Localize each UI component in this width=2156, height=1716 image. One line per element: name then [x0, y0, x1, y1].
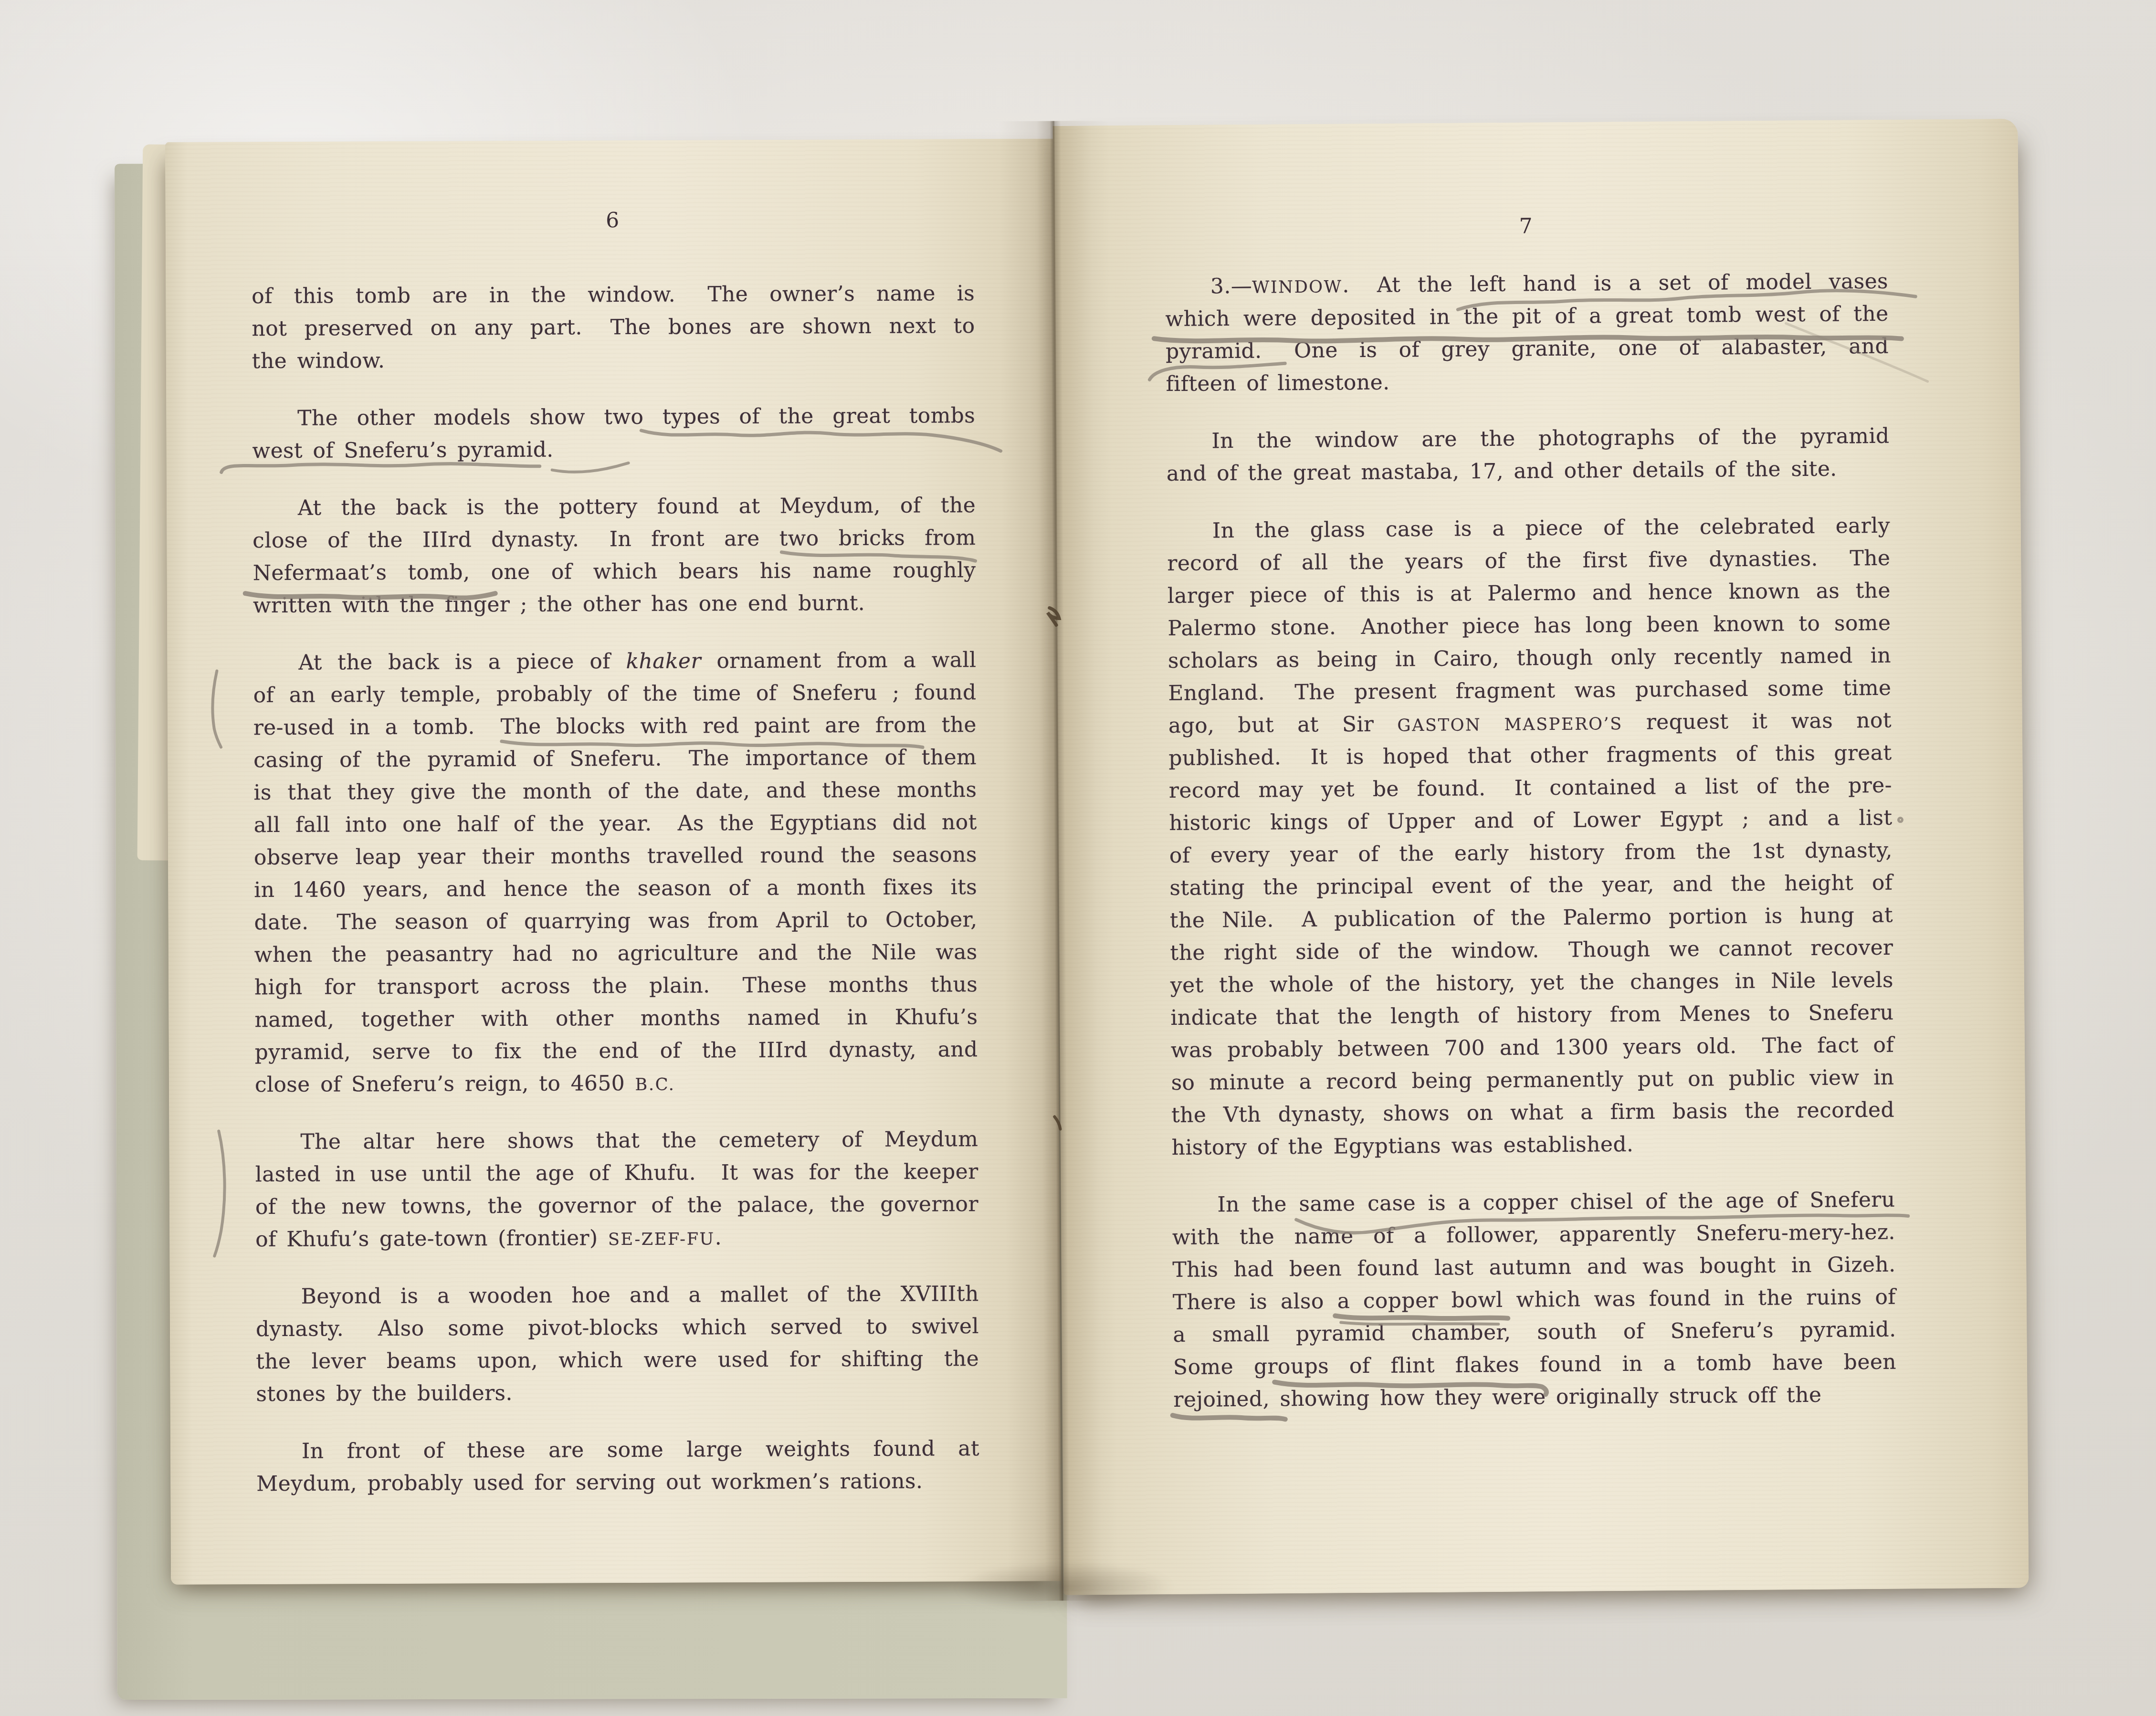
text-line: There is also a copper bowl which was fo…	[1173, 1281, 1896, 1319]
paragraph: In the same case is a copper chisel of t…	[1172, 1184, 1897, 1416]
text-line: published. It is hoped that other fragme…	[1168, 737, 1892, 775]
text-line: close of Sneferu’s reign, to 4650 B.C.	[255, 1066, 978, 1101]
text-line: and of the great mastaba, 17, and other …	[1167, 453, 1890, 490]
text-line: record of all the years of the first fiv…	[1167, 542, 1890, 580]
page-number-7: 7	[1165, 211, 1888, 241]
text-line: This had been found last autumn and was …	[1172, 1249, 1895, 1286]
photograph-of-open-booklet: { "document": { "kind": "scanned open bo…	[0, 0, 2156, 1716]
text-line: history of the Egyptians was established…	[1171, 1126, 1894, 1164]
text-line: In front of these are some large weights…	[256, 1432, 979, 1468]
text-line: Meydum, probably used for serving out wo…	[256, 1465, 979, 1500]
text-line: of every year of the early history from …	[1169, 834, 1893, 872]
text-line: record may yet be found. It contained a …	[1169, 769, 1892, 807]
paragraph: At the back is a piece of khaker ornamen…	[253, 644, 978, 1101]
text-line: At the back is a piece of khaker ornamen…	[253, 644, 976, 679]
pencil-dot-after-a-list	[1898, 818, 1902, 822]
text-line: in 1460 years, and hence the season of a…	[254, 871, 977, 906]
text-line: of this tomb are in the window. The owne…	[252, 277, 975, 313]
text-line: In the glass case is a piece of the cele…	[1167, 510, 1890, 547]
text-line: the lever beams upon, which were used fo…	[256, 1343, 979, 1378]
text-line: was probably between 700 and 1300 years …	[1171, 1029, 1894, 1067]
paragraph: At the back is the pottery found at Meyd…	[252, 489, 976, 622]
text-line: Palermo stone. Another piece has long be…	[1167, 607, 1891, 645]
text-line: rejoined, showing how they were original…	[1173, 1379, 1896, 1416]
text-line: close of the IIIrd dynasty. In front are…	[252, 522, 976, 557]
text-line: historic kings of Upper and of Lower Egy…	[1169, 802, 1892, 840]
text-line: Nefermaat’s tomb, one of which bears his…	[252, 554, 976, 590]
text-line: named, together with other months named …	[254, 1001, 978, 1036]
text-line: England. The present fragment was purcha…	[1168, 672, 1891, 710]
text-line: a small pyramid chamber, south of Snefer…	[1173, 1314, 1896, 1351]
text-line: scholars as being in Cairo, though only …	[1168, 640, 1891, 677]
page-right: 7 3.—WINDOW. At the left hand is a set o…	[1052, 119, 2029, 1595]
text-line: stones by the builders.	[256, 1375, 979, 1411]
pencil-margin-stroke-upper	[212, 671, 221, 747]
text-line: fifteen of limestone.	[1166, 363, 1889, 400]
text-line: the Vth dynasty, shows on what a firm ba…	[1171, 1094, 1894, 1132]
paragraph: of this tomb are in the window. The owne…	[252, 277, 975, 378]
text-line: west of Sneferu’s pyramid.	[252, 432, 975, 467]
text-line: stating the principal event of the year,…	[1169, 867, 1893, 905]
text-line: of the new towns, the governor of the pa…	[255, 1188, 978, 1223]
text-line: The other models show two types of the g…	[252, 400, 975, 435]
text-line: written with the finger ; the other has …	[253, 587, 976, 622]
paragraph: The other models show two types of the g…	[252, 400, 976, 467]
text-line: high for transport across the plain. The…	[254, 969, 978, 1004]
text-line: Beyond is a wooden hoe and a mallet of t…	[256, 1278, 979, 1313]
text-line: At the back is the pottery found at Meyd…	[252, 489, 976, 525]
book-spread: 6 of this tomb are in the window. The ow…	[153, 106, 2030, 1612]
text-line: so minute a record being permanently put…	[1171, 1062, 1894, 1099]
paragraph: In the glass case is a piece of the cele…	[1167, 510, 1895, 1164]
paragraph: Beyond is a wooden hoe and a mallet of t…	[256, 1278, 979, 1411]
text-line: In the same case is a copper chisel of t…	[1172, 1184, 1895, 1221]
text-column-right: 3.—WINDOW. At the left hand is a set of …	[1165, 265, 1897, 1416]
text-line: the right side of the window. Though we …	[1170, 932, 1893, 969]
text-line: lasted in use until the age of Khufu. It…	[255, 1156, 978, 1191]
text-line: with the name of a follower, apparently …	[1172, 1216, 1895, 1254]
paragraph: The altar here shows that the cemetery o…	[255, 1123, 978, 1256]
text-line: is that they give the month of the date,…	[253, 774, 977, 809]
text-line: the window.	[252, 342, 975, 378]
text-line: all fall into one half of the year. As t…	[254, 806, 977, 842]
text-line: observe leap year their months travelled…	[254, 839, 977, 874]
page-number-6: 6	[252, 207, 975, 234]
text-line: dynasty. Also some pivot-blocks which se…	[256, 1310, 979, 1346]
text-line: yet the whole of the history, yet the ch…	[1170, 964, 1893, 1002]
text-line: pyramid, serve to fix the end of the III…	[254, 1033, 978, 1069]
text-line: the Nile. A publication of the Palermo p…	[1170, 899, 1893, 937]
pencil-margin-bracket-lower	[214, 1131, 225, 1256]
text-line: pyramid. One is of grey granite, one of …	[1166, 330, 1889, 368]
text-line: 3.—WINDOW. At the left hand is a set of …	[1165, 265, 1888, 303]
text-line: re-used in a tomb. The blocks with red p…	[253, 709, 977, 744]
text-line: date. The season of quarrying was from A…	[254, 904, 977, 939]
text-line: In the window are the photographs of the…	[1166, 420, 1889, 458]
paragraph: In front of these are some large weights…	[256, 1432, 980, 1500]
paragraph: In the window are the photographs of the…	[1166, 420, 1890, 490]
text-line: casing of the pyramid of Sneferu. The im…	[253, 741, 977, 777]
text-line: The altar here shows that the cemetery o…	[255, 1123, 978, 1158]
text-line: of Khufu’s gate-town (frontier) SE-ZEF-F…	[255, 1221, 978, 1256]
page-left: 6 of this tomb are in the window. The ow…	[165, 138, 1061, 1584]
text-line: when the peasantry had no agriculture an…	[254, 936, 978, 971]
text-line: larger piece of this is at Palermo and h…	[1167, 575, 1891, 612]
paragraph: 3.—WINDOW. At the left hand is a set of …	[1165, 265, 1889, 400]
text-line: not preserved on any part. The bones are…	[252, 310, 975, 345]
text-line: Some groups of flint flakes found in a t…	[1173, 1346, 1896, 1384]
text-line: indicate that the length of history from…	[1170, 997, 1893, 1034]
text-column-left: of this tomb are in the window. The owne…	[252, 277, 979, 1500]
text-line: ago, but at Sir GASTON MASPERO’S request…	[1168, 705, 1892, 742]
text-line: which were deposited in the pit of a gre…	[1165, 298, 1888, 336]
text-line: of an early temple, probably of the time…	[253, 676, 976, 712]
